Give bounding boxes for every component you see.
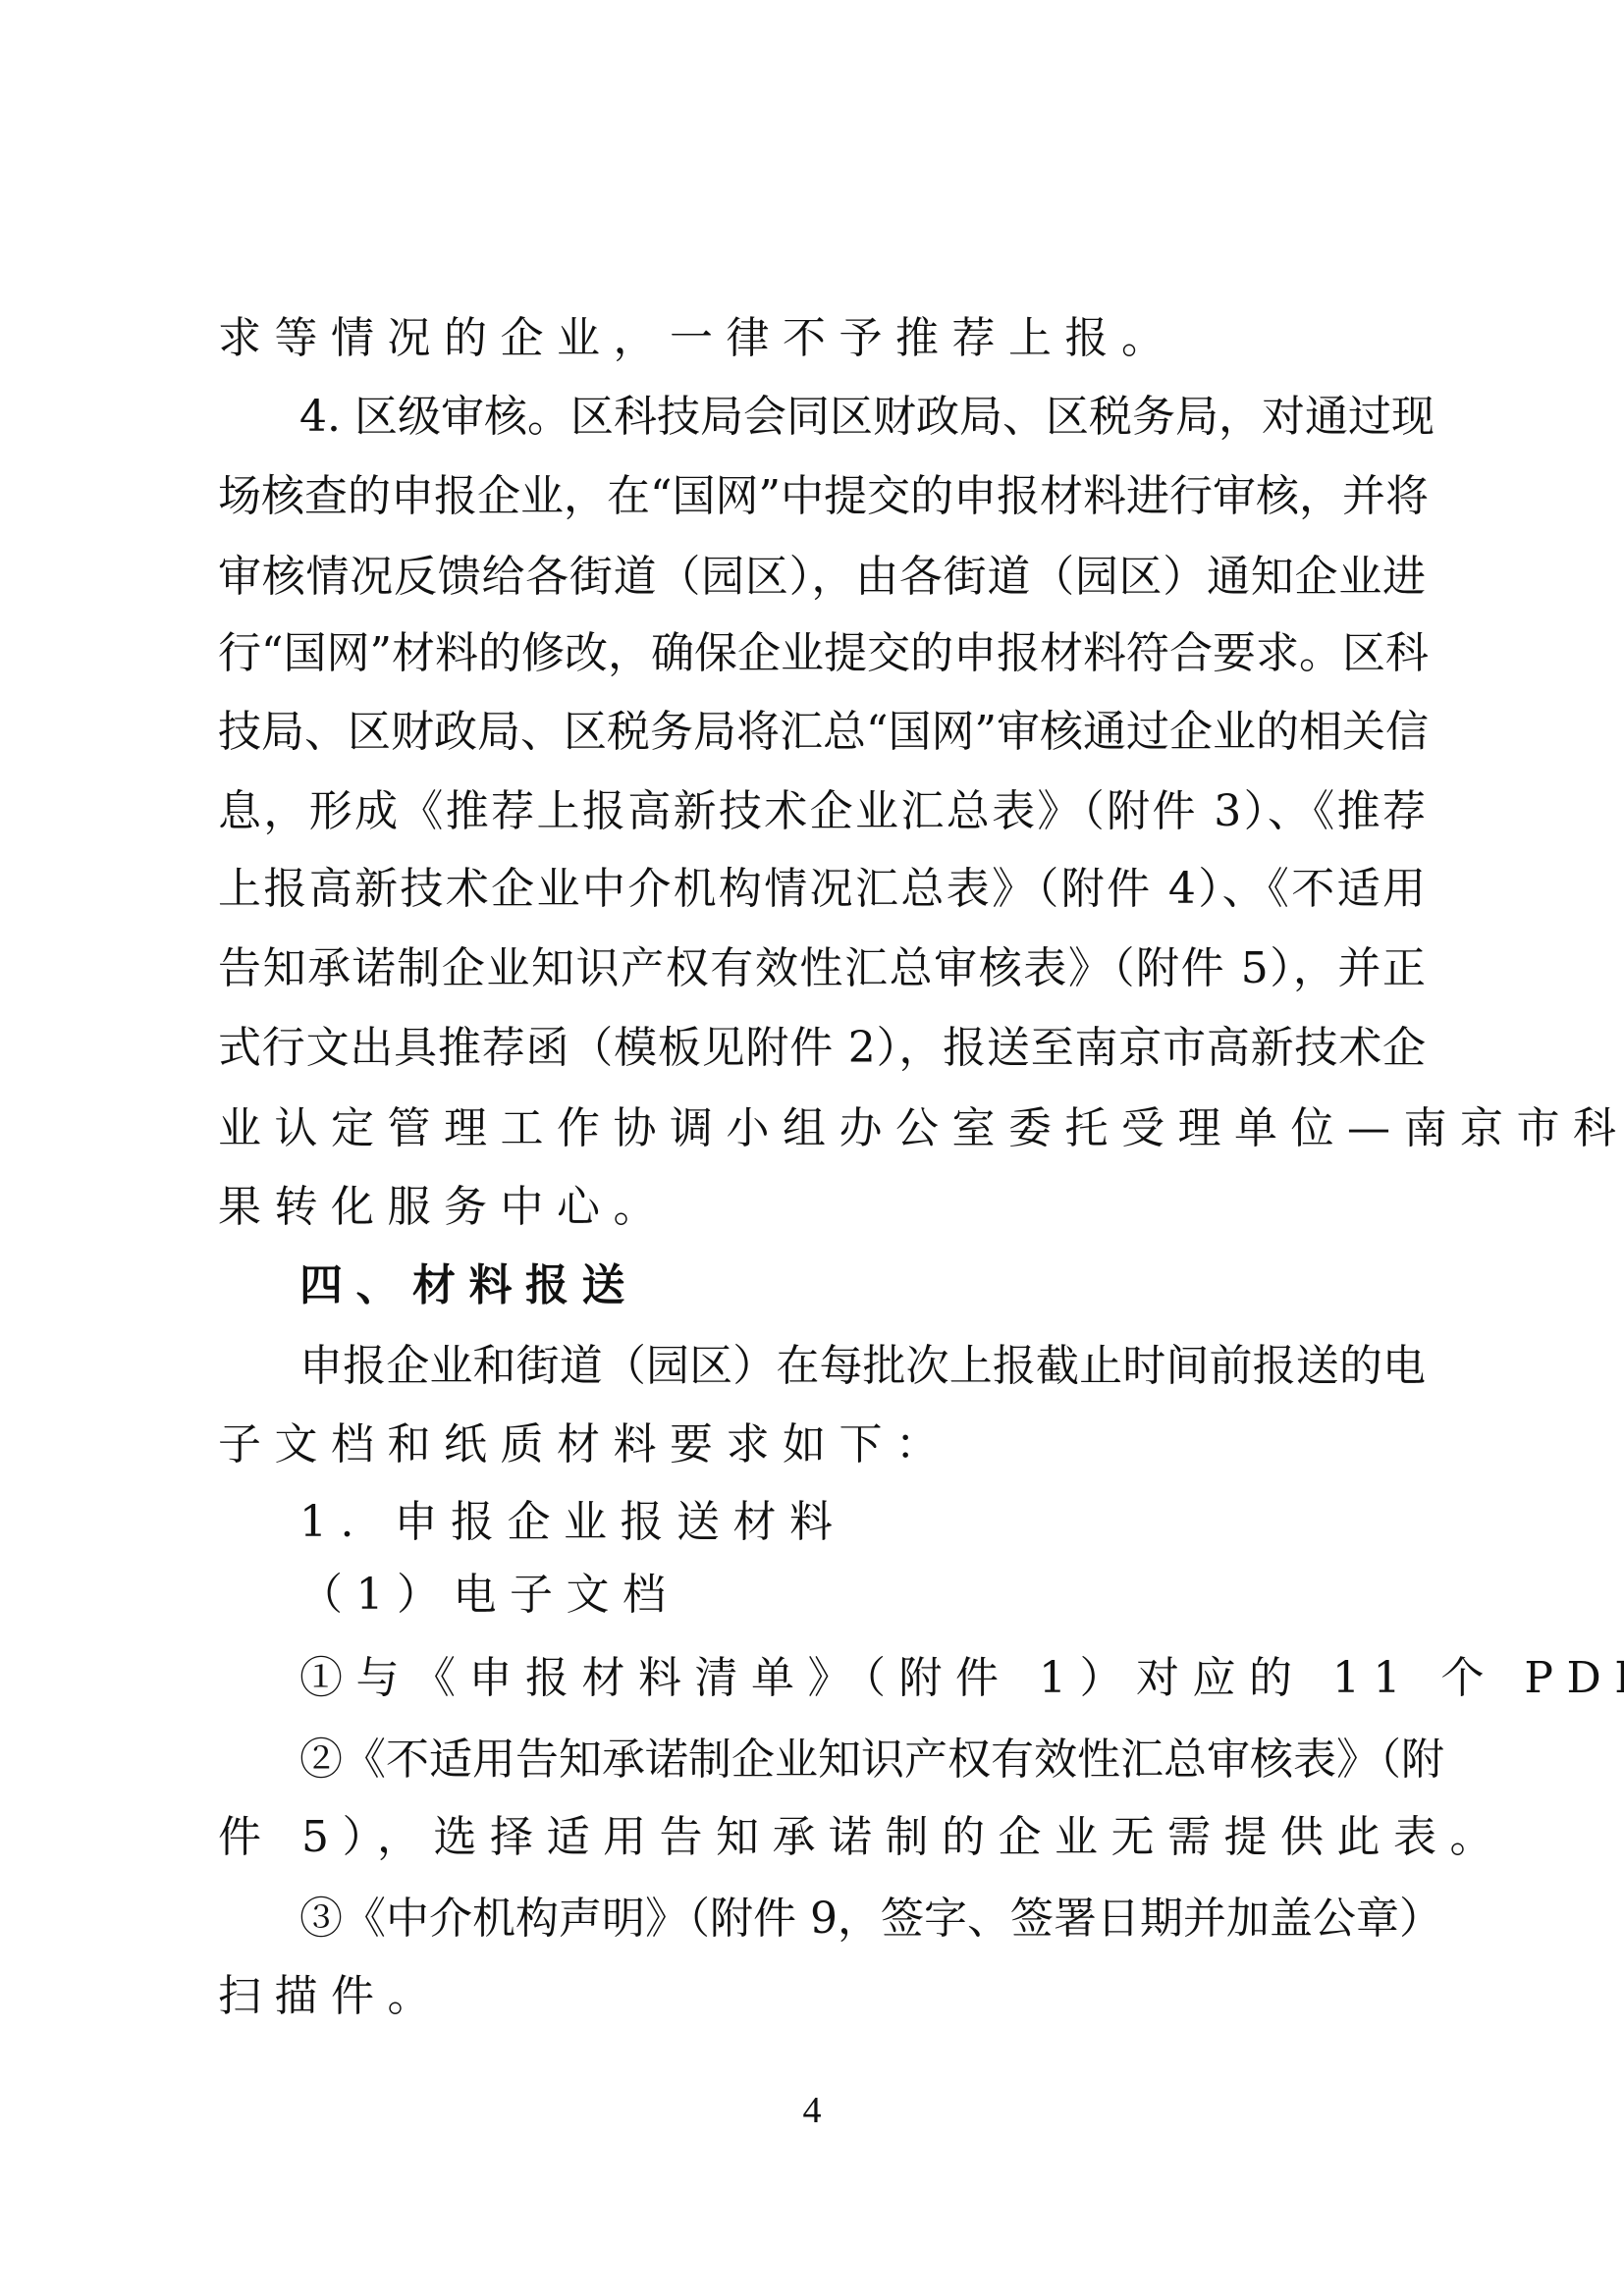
paragraph-line: 申报企业和街道（园区）在每批次上报截止时间前报送的电 [299,1327,1426,1406]
paragraph-line: ②《不适用告知承诺制企业知识产权有效性汇总审核表》（附 [299,1721,1426,1799]
paragraph-line: ①与《申报材料清单》（附件 1）对应的 11 个 PDF 文件。 [299,1639,1426,1718]
paragraph-line: （1）电子文档 [299,1556,1426,1634]
paragraph-line: 式行文出具推荐函（模板见附件 2），报送至南京市高新技术企 [218,1009,1426,1088]
page-number: 4 [0,2089,1624,2132]
paragraph-line: 业认定管理工作协调小组办公室委托受理单位—南京市科技成 [218,1090,1426,1168]
paragraph-line: 行“国网”材料的修改，确保企业提交的申报材料符合要求。区科 [218,614,1426,693]
paragraph-line: 扫描件。 [218,1957,1426,2036]
section-heading: 四、材料报送 [299,1247,1426,1325]
paragraph-line: 技局、区财政局、区税务局将汇总“国网”审核通过企业的相关信 [218,693,1426,772]
paragraph-line: ③《中介机构声明》（附件 9，签字、签署日期并加盖公章） [299,1880,1426,1958]
paragraph-line: 件 5），选择适用告知承诺制的企业无需提供此表。 [218,1798,1426,1877]
paragraph-line: 果转化服务中心。 [218,1168,1426,1247]
paragraph-line: 子文档和纸质材料要求如下： [218,1406,1426,1484]
paragraph-line: 场核查的申报企业，在“国网”中提交的申报材料进行审核，并将 [218,457,1426,536]
paragraph-line: 4. 区级审核。区科技局会同区财政局、区税务局，对通过现 [299,378,1426,456]
paragraph-line: 告知承诺制企业知识产权有效性汇总审核表》（附件 5），并正 [218,930,1426,1008]
paragraph-line: 上报高新技术企业中介机构情况汇总表》（附件 4）、《不适用 [218,850,1426,929]
paragraph-line: 审核情况反馈给各街道（园区），由各街道（园区）通知企业进 [218,538,1426,616]
paragraph-line: 1. 申报企业报送材料 [299,1483,1426,1562]
paragraph-line: 求等情况的企业，一律不予推荐上报。 [218,299,1426,378]
document-page: 求等情况的企业，一律不予推荐上报。4. 区级审核。区科技局会同区财政局、区税务局… [0,0,1624,2296]
paragraph-line: 息，形成《推荐上报高新技术企业汇总表》（附件 3）、《推荐 [218,773,1426,851]
